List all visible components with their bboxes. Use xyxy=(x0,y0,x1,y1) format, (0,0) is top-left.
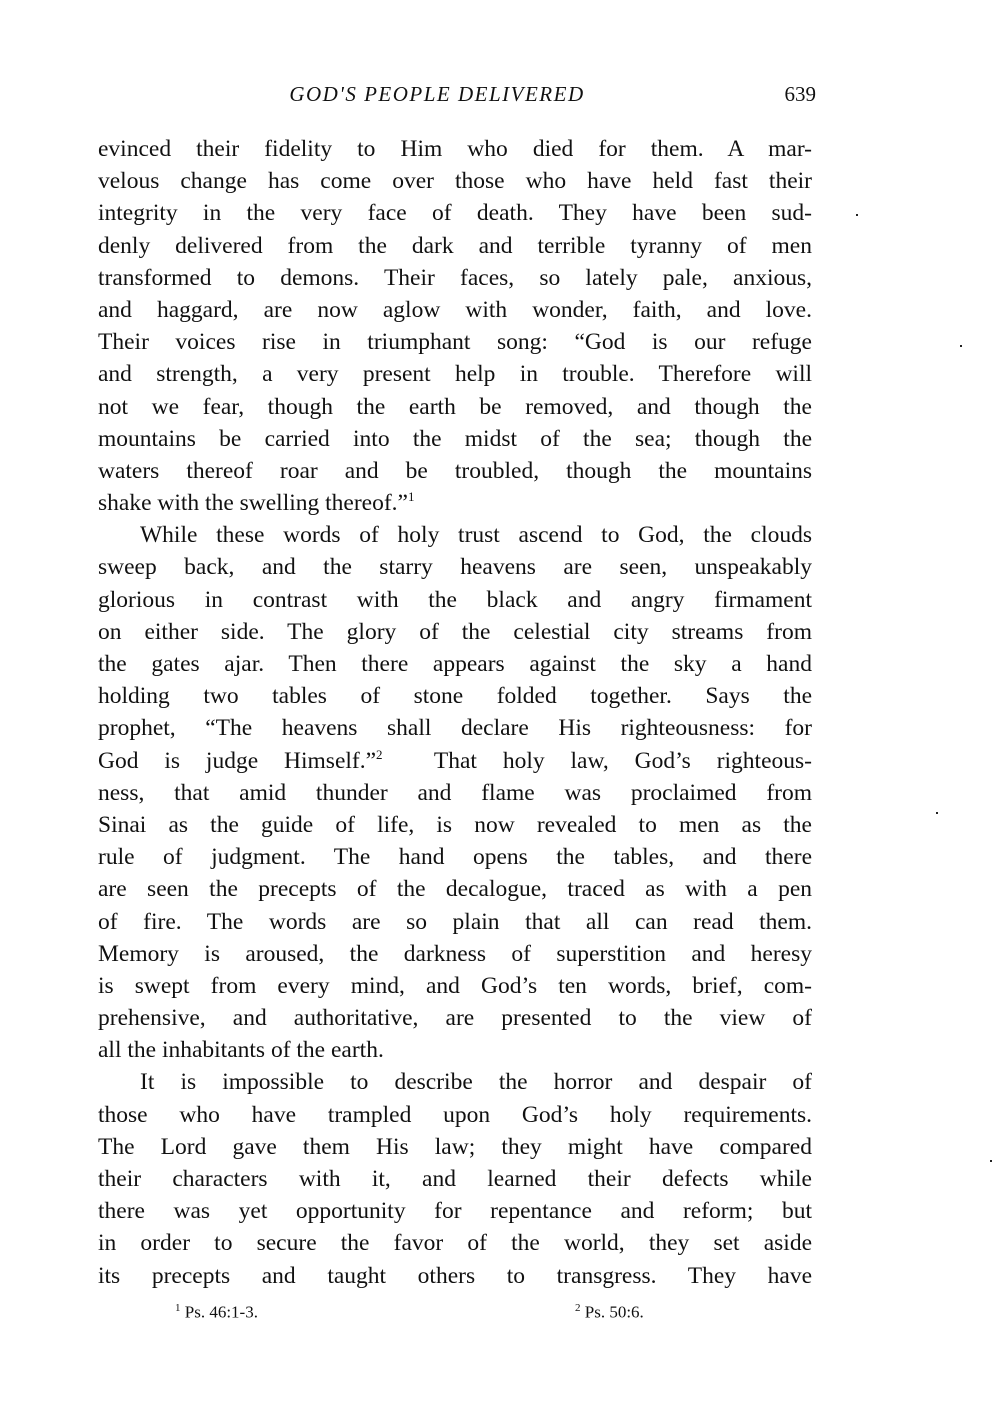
text-line: in order to secure the favor of the worl… xyxy=(98,1227,812,1259)
text-line: transformed to demons. Their faces, so l… xyxy=(98,262,812,294)
text-line: Memory is aroused, the darkness of super… xyxy=(98,938,812,970)
footnote-text: Ps. 50:6. xyxy=(585,1303,644,1322)
text-line: those who have trampled upon God’s holy … xyxy=(98,1099,812,1131)
book-page: GOD'S PEOPLE DELIVERED 639 evinced their… xyxy=(0,0,1000,1415)
text-line: not we fear, though the earth be removed… xyxy=(98,391,812,423)
footnote-marker: 2 xyxy=(575,1302,581,1314)
text-line: denly delivered from the dark and terrib… xyxy=(98,230,812,262)
footnote-marker: 1 xyxy=(408,489,415,504)
footnote-text: Ps. 46:1-3. xyxy=(185,1303,258,1322)
text-line: is swept from every mind, and God’s ten … xyxy=(98,970,812,1002)
text-line: the gates ajar. Then there appears again… xyxy=(98,648,812,680)
scan-speck xyxy=(960,345,962,347)
text-line: all the inhabitants of the earth. xyxy=(98,1034,812,1066)
text-line: of fire. The words are so plain that all… xyxy=(98,906,812,938)
text-line: It is impossible to describe the horror … xyxy=(98,1066,812,1098)
chapter-title: GOD'S PEOPLE DELIVERED xyxy=(98,82,816,107)
text-line: their characters with it, and learned th… xyxy=(98,1163,812,1195)
footnote-2: 2 Ps. 50:6. xyxy=(575,1302,644,1323)
footnote-marker: 1 xyxy=(175,1302,181,1314)
running-head: GOD'S PEOPLE DELIVERED 639 xyxy=(98,82,816,112)
text-line: Sinai as the guide of life, is now revea… xyxy=(98,809,812,841)
line-text: shake with the swelling thereof.” xyxy=(98,490,408,516)
body-text: evinced their fidelity to Him who died f… xyxy=(98,133,812,1292)
text-line: rule of judgment. The hand opens the tab… xyxy=(98,841,812,873)
text-line: there was yet opportunity for repentance… xyxy=(98,1195,812,1227)
text-line: Their voices rise in triumphant song: “G… xyxy=(98,326,812,358)
text-line: are seen the precepts of the decalogue, … xyxy=(98,873,812,905)
scan-speck xyxy=(936,812,938,814)
text-line: holding two tables of stone folded toget… xyxy=(98,680,812,712)
footnote-1: 1 Ps. 46:1-3. xyxy=(175,1302,258,1323)
text-line: The Lord gave them His law; they might h… xyxy=(98,1131,812,1163)
text-line: God is judge Himself.”2 That holy law, G… xyxy=(98,745,812,777)
scan-speck xyxy=(856,214,858,216)
text-line: on either side. The glory of the celesti… xyxy=(98,616,812,648)
text-line: and haggard, are now aglow with wonder, … xyxy=(98,294,812,326)
text-line: and strength, a very present help in tro… xyxy=(98,358,812,390)
text-line: prophet, “The heavens shall declare His … xyxy=(98,712,812,744)
text-line: ness, that amid thunder and flame was pr… xyxy=(98,777,812,809)
text-line: integrity in the very face of death. The… xyxy=(98,197,812,229)
page-number: 639 xyxy=(785,82,817,107)
text-line: its precepts and taught others to transg… xyxy=(98,1260,812,1292)
text-line: While these words of holy trust ascend t… xyxy=(98,519,812,551)
scan-speck xyxy=(990,1160,992,1162)
text-line: waters thereof roar and be troubled, tho… xyxy=(98,455,812,487)
text-line: sweep back, and the starry heavens are s… xyxy=(98,551,812,583)
text-line: glorious in contrast with the black and … xyxy=(98,584,812,616)
text-line: evinced their fidelity to Him who died f… xyxy=(98,133,812,165)
text-line: prehensive, and authoritative, are prese… xyxy=(98,1002,812,1034)
text-line: mountains be carried into the midst of t… xyxy=(98,423,812,455)
text-line: shake with the swelling thereof.”1 xyxy=(98,487,812,519)
line-text: That holy law, God’s righteous- xyxy=(383,748,812,774)
text-line: velous change has come over those who ha… xyxy=(98,165,812,197)
line-text: God is judge Himself.” xyxy=(98,748,376,774)
